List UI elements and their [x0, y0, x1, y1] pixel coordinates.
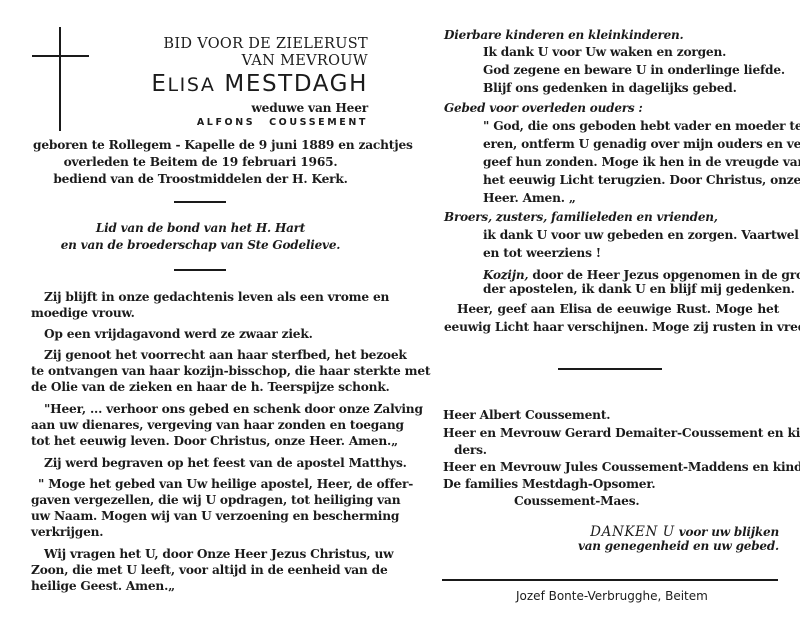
- paragraph-line: Zij blijft in onze gedachtenis leven als…: [44, 290, 367, 304]
- family-line: ders.: [454, 443, 487, 457]
- family-line: Coussement-Maes.: [514, 494, 639, 508]
- paragraph-line: tot het eeuwig leven. Door Christus, onz…: [31, 434, 367, 448]
- paragraph-line: heilige Geest. Amen.„: [31, 579, 175, 593]
- divider: [174, 269, 226, 271]
- closing-prayer-line: eeuwig Licht haar verschijnen. Moge zij …: [444, 320, 779, 334]
- siblings-line: en tot weerziens !: [483, 246, 601, 260]
- cousin-label: Kozijn,: [483, 268, 528, 282]
- siblings-line: ik dank U voor uw gebeden en zorgen. Vaa…: [483, 228, 779, 242]
- paragraph-line: te ontvangen van haar kozijn-bisschop, d…: [31, 364, 367, 378]
- family-line: De families Mestdagh-Opsomer.: [443, 477, 655, 491]
- prayer-subtitle: VAN MEVROUW: [242, 53, 368, 69]
- thanks-rest: voor uw blijken: [675, 525, 779, 539]
- prayer-line: geef hun zonden. Moge ik hen in de vreug…: [483, 155, 779, 169]
- children-line: Ik dank U voor Uw waken en zorgen.: [483, 45, 726, 59]
- divider: [174, 201, 226, 203]
- death-line: overleden te Beitem de 19 februari 1965.: [33, 155, 368, 169]
- membership-line-2: en van de broederschap van Ste Godelieve…: [33, 238, 368, 252]
- cousin-line: Kozijn, door de Heer Jezus opgenomen in …: [483, 264, 779, 283]
- paragraph-line: Op een vrijdagavond werd ze zwaar ziek.: [44, 327, 313, 341]
- prayer-line: Heer. Amen. „: [483, 191, 576, 205]
- closing-prayer-line: Heer, geef aan Elisa de eeuwige Rust. Mo…: [457, 302, 779, 316]
- paragraph-line: uw Naam. Mogen wij van U verzoening en b…: [31, 509, 367, 523]
- prayer-line: eren, ontferm U genadig over mijn ouders…: [483, 137, 779, 151]
- paragraph-line: moedige vrouw.: [31, 306, 135, 320]
- prayer-line: " God, die ons geboden hebt vader en moe…: [483, 119, 779, 133]
- paragraph-line: Zij werd begraven op het feest van de ap…: [44, 456, 407, 470]
- paragraph-line: " Moge het gebed van Uw heilige apostel,…: [38, 477, 367, 491]
- cross-icon-vertical: [59, 27, 61, 131]
- cousin-line: der apostelen, ik dank U en blijf mij ge…: [483, 282, 795, 296]
- name-first-rest: LISA: [167, 74, 215, 96]
- name-last: MESTDAGH: [224, 71, 368, 97]
- paragraph-line: Zoon, die met U leeft, voor altijd in de…: [31, 563, 367, 577]
- paragraph-line: Wij vragen het U, door Onze Heer Jezus C…: [44, 547, 367, 561]
- printer-credit: Jozef Bonte-Verbrugghe, Beitem: [516, 589, 708, 603]
- cross-icon-horizontal: [32, 55, 89, 57]
- prayer-heading: Gebed voor overleden ouders :: [444, 101, 643, 115]
- paragraph-line: aan uw dienares, vergeving van haar zond…: [31, 418, 367, 432]
- siblings-heading: Broers, zusters, familieleden en vriende…: [444, 210, 718, 224]
- sacraments-line: bediend van de Troostmiddelen der H. Ker…: [33, 172, 368, 186]
- name-initial: E: [151, 71, 167, 97]
- family-line: Heer en Mevrouw Jules Coussement-Maddens…: [443, 460, 779, 474]
- children-line: God zegene en beware U in onderlinge lie…: [483, 63, 785, 77]
- paragraph-line: verkrijgen.: [31, 525, 103, 539]
- deceased-name: ELISA MESTDAGH: [151, 71, 368, 97]
- paragraph-line: de Olie van de zieken en haar de h. Teer…: [31, 380, 367, 394]
- cousin-text: door de Heer Jezus opgenomen in de groep: [528, 268, 800, 282]
- paragraph-line: "Heer, ... verhoor ons gebed en schenk d…: [44, 402, 367, 416]
- membership-line-1: Lid van de bond van het H. Hart: [33, 221, 368, 235]
- thanks-line-1: DANKEN U voor uw blijken: [590, 521, 779, 540]
- family-line: Heer Albert Coussement.: [443, 408, 610, 422]
- paragraph-line: Zij genoot het voorrecht aan haar sterfb…: [44, 348, 367, 362]
- children-line: Blijf ons gedenken in dagelijks gebed.: [483, 81, 737, 95]
- thanks-line-2: van genegenheid en uw gebed.: [578, 539, 779, 553]
- divider: [558, 368, 662, 370]
- bottom-rule: [442, 579, 778, 581]
- husband-name: ALFONS COUSSEMENT: [197, 117, 368, 128]
- thanks-caps: DANKEN U: [590, 524, 675, 540]
- children-heading: Dierbare kinderen en kleinkinderen.: [444, 28, 684, 42]
- widow-of-label: weduwe van Heer: [251, 101, 368, 115]
- paragraph-line: gaven vergezellen, die wij U opdragen, t…: [31, 493, 367, 507]
- prayer-title: BID VOOR DE ZIELERUST: [163, 36, 368, 52]
- birth-line: geboren te Rollegem - Kapelle de 9 juni …: [33, 138, 368, 152]
- family-line: Heer en Mevrouw Gerard Demaiter-Cousseme…: [443, 426, 779, 440]
- prayer-line: het eeuwig Licht terugzien. Door Christu…: [483, 173, 779, 187]
